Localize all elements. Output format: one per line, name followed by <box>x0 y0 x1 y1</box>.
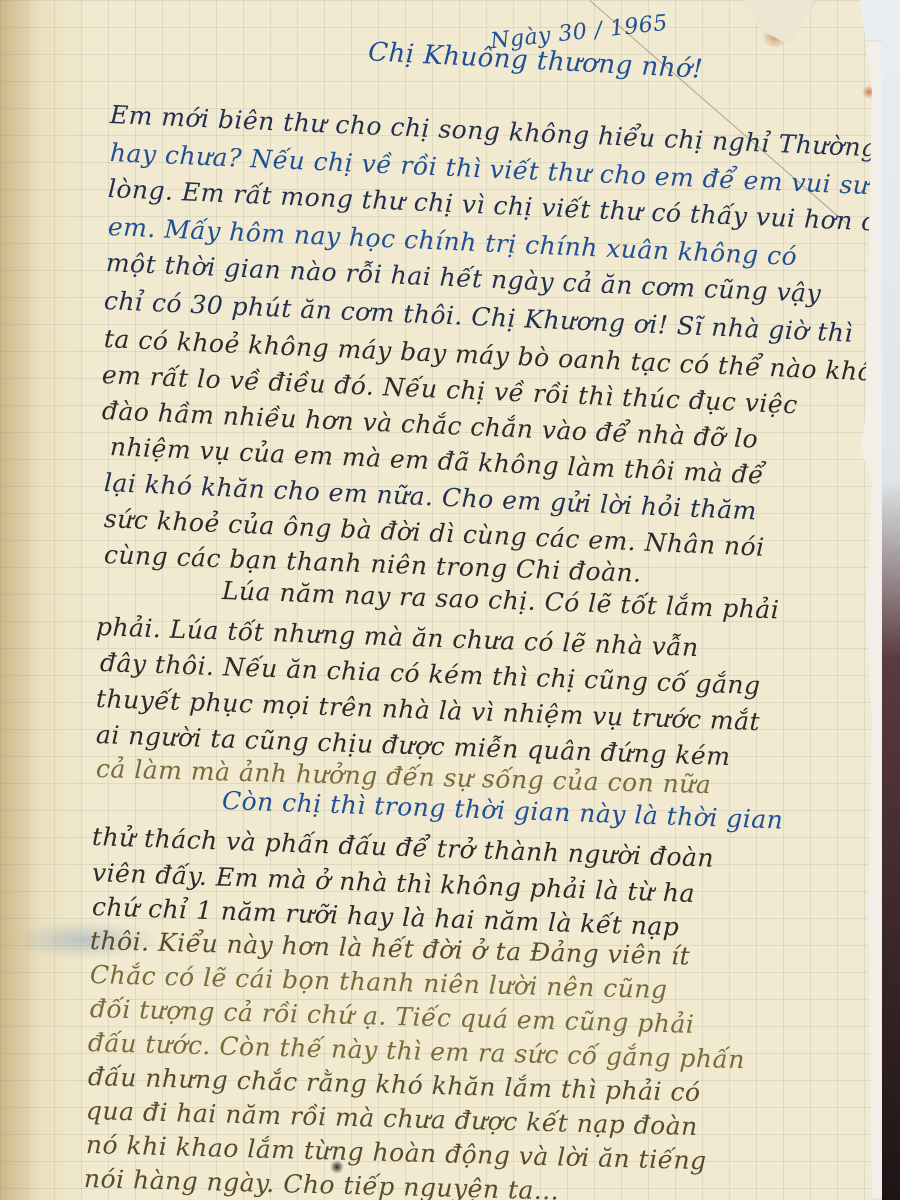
letter-line: nói hàng ngày. Cho tiếp nguyện ta... <box>84 1166 560 1200</box>
paper-stain <box>760 25 790 47</box>
photo-scene: Ngày 30 / 1965 Chị Khuông thương nhớ! Em… <box>0 0 900 1200</box>
letter-salutation: Chị Khuông thương nhớ! <box>368 39 704 83</box>
letter-line: Lúa năm nay ra sao chị. Có lẽ tốt lắm ph… <box>222 578 780 622</box>
letter-paper: Ngày 30 / 1965 Chị Khuông thương nhớ! Em… <box>0 0 872 1200</box>
